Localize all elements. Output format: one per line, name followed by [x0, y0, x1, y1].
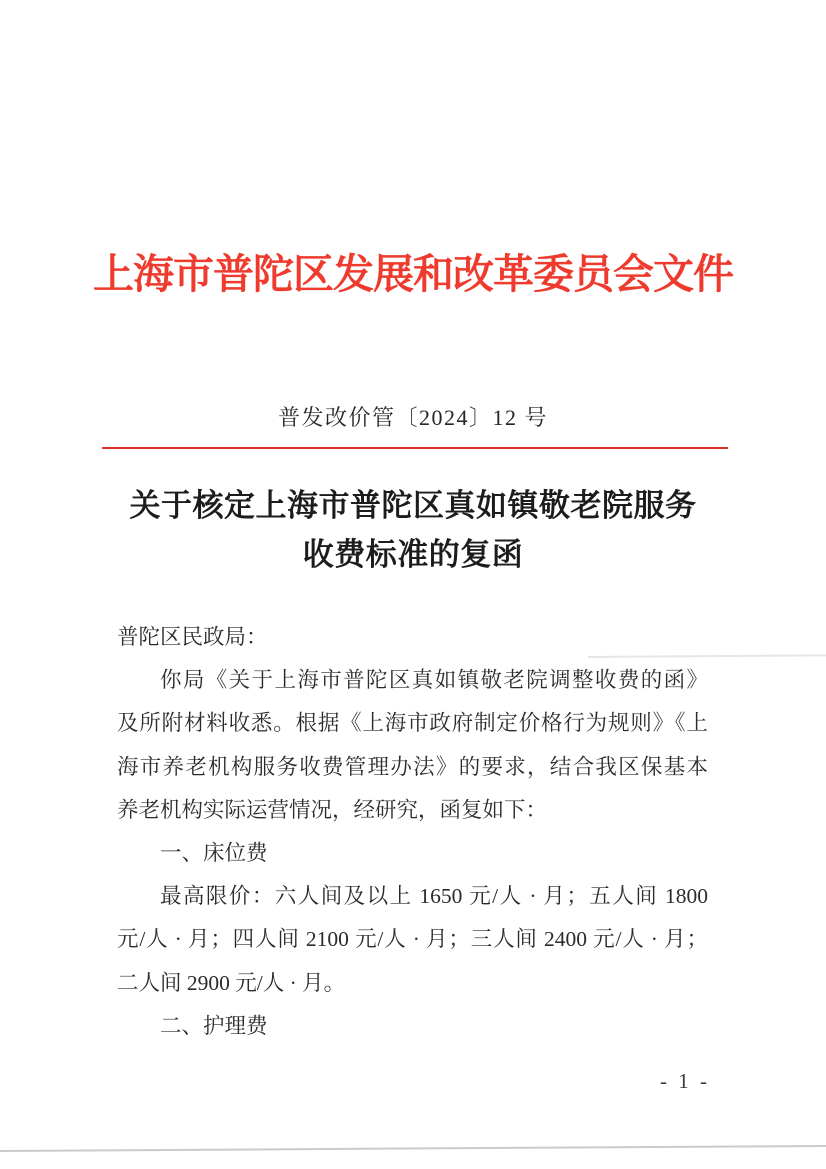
body-line: 养老机构实际运营情况，经研究，函复如下： [117, 789, 708, 832]
body-line: 元/人 · 月；四人间 2100 元/人 · 月；三人间 2400 元/人 · … [117, 918, 708, 961]
page-number: - 1 - [660, 1068, 710, 1094]
document-number: 普发改价管〔2024〕12 号 [0, 400, 826, 436]
red-divider-line [102, 447, 728, 449]
body-line: 二人间 2900 元/人 · 月。 [117, 962, 708, 1005]
document-body: 普陀区民政局： 你局《关于上海市普陀区真如镇敬老院调整收费的函》 及所附材料收悉… [117, 616, 708, 1048]
scan-edge-line [0, 1145, 826, 1152]
subject-title-line-1: 关于核定上海市普陀区真如镇敬老院服务 [0, 481, 826, 530]
scanned-document-page: 上海市普陀区发展和改革委员会文件 普发改价管〔2024〕12 号 关于核定上海市… [0, 0, 826, 1169]
document-header-title: 上海市普陀区发展和改革委员会文件 [0, 243, 826, 305]
body-line: 最高限价：六人间及以上 1650 元/人 · 月；五人间 1800 [117, 875, 708, 918]
body-line: 及所附材料收悉。根据《上海市政府制定价格行为规则》《上 [117, 702, 708, 745]
document-subject-title: 关于核定上海市普陀区真如镇敬老院服务 收费标准的复函 [0, 481, 826, 579]
recipient-line: 普陀区民政局： [117, 616, 708, 659]
section-heading-nursing-fee: 二、护理费 [117, 1005, 708, 1048]
body-line: 你局《关于上海市普陀区真如镇敬老院调整收费的函》 [117, 659, 708, 702]
body-line: 海市养老机构服务收费管理办法》的要求，结合我区保基本 [117, 746, 708, 789]
subject-title-line-2: 收费标准的复函 [0, 530, 826, 579]
section-heading-bed-fee: 一、床位费 [117, 832, 708, 875]
